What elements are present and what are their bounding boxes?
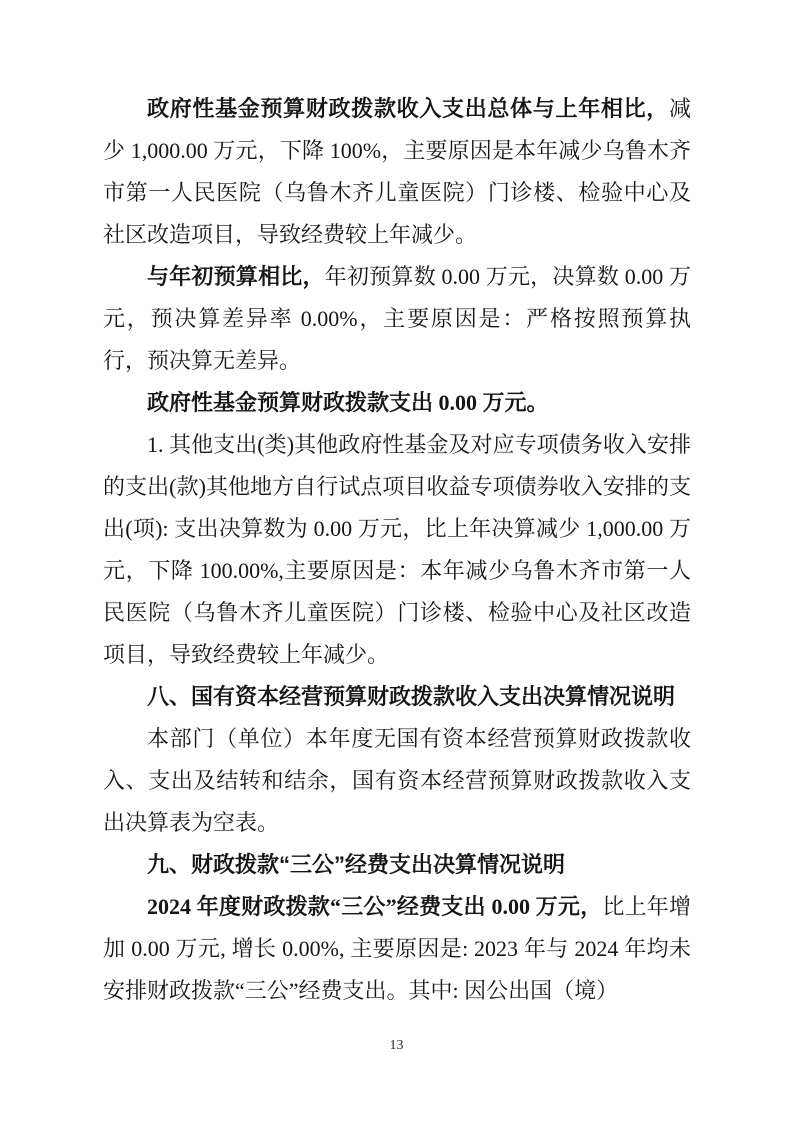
- page-number: 13: [0, 1038, 793, 1054]
- paragraph-lead-bold: 政府性基金预算财政拨款收入支出总体与上年相比，: [147, 96, 669, 121]
- paragraph-lead-bold: 2024 年度财政拨款“三公”经费支出 0.00 万元，: [147, 894, 602, 919]
- paragraph-three-public-expenditure: 2024 年度财政拨款“三公”经费支出 0.00 万元，比上年增加 0.00 万…: [103, 886, 691, 1012]
- paragraph-gov-fund-yoy-comparison: 政府性基金预算财政拨款收入支出总体与上年相比，减少 1,000.00 万元，下降…: [103, 88, 691, 256]
- paragraph-lead-bold: 与年初预算相比，: [147, 264, 325, 289]
- paragraph-vs-initial-budget: 与年初预算相比，年初预算数 0.00 万元，决算数 0.00 万元，预决算差异率…: [103, 256, 691, 382]
- paragraph-text: 1. 其他支出(类)其他政府性基金及对应专项债务收入安排的支出(款)其他地方自行…: [103, 432, 691, 667]
- section-heading-soe-capital-budget: 八、国有资本经营预算财政拨款收入支出决算情况说明: [103, 676, 691, 718]
- paragraph-gov-fund-expenditure: 政府性基金预算财政拨款支出 0.00 万元。: [103, 382, 691, 424]
- paragraph-other-expenditure-detail: 1. 其他支出(类)其他政府性基金及对应专项债务收入安排的支出(款)其他地方自行…: [103, 424, 691, 676]
- section-heading-three-public-funds: 九、财政拨款“三公”经费支出决算情况说明: [103, 844, 691, 886]
- paragraph-lead-bold: 政府性基金预算财政拨款支出 0.00 万元。: [147, 390, 549, 415]
- document-page: 政府性基金预算财政拨款收入支出总体与上年相比，减少 1,000.00 万元，下降…: [0, 0, 793, 1122]
- paragraph-soe-capital-note: 本部门（单位）本年度无国有资本经营预算财政拨款收入、支出及结转和结余，国有资本经…: [103, 718, 691, 844]
- paragraph-text: 本部门（单位）本年度无国有资本经营预算财政拨款收入、支出及结转和结余，国有资本经…: [103, 726, 691, 835]
- document-body: 政府性基金预算财政拨款收入支出总体与上年相比，减少 1,000.00 万元，下降…: [103, 88, 691, 1012]
